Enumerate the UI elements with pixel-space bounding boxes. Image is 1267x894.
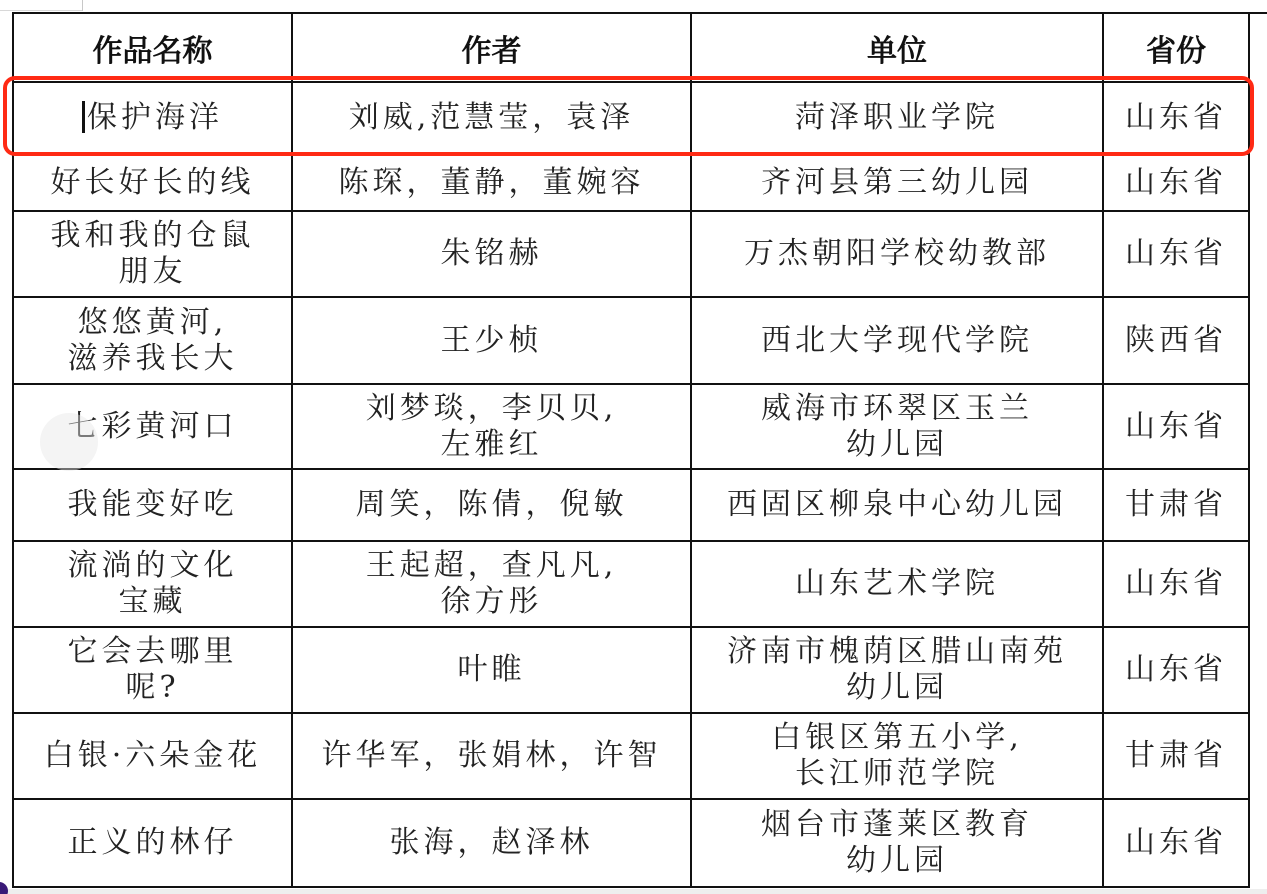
- cell-province[interactable]: 山东省: [1103, 799, 1249, 887]
- header-authors[interactable]: 作者: [292, 13, 691, 82]
- cell-title[interactable]: 悠悠黄河, 滋养我长大: [13, 297, 292, 384]
- cell-province[interactable]: 山东省: [1103, 82, 1249, 154]
- table-row: 它会去哪里 呢? 叶睢 济南市槐荫区腊山南苑 幼儿园 山东省: [13, 627, 1249, 713]
- cell-title[interactable]: 好长好长的线: [13, 154, 292, 211]
- cell-title[interactable]: 我能变好吃: [13, 469, 292, 541]
- header-unit[interactable]: 单位: [691, 13, 1103, 82]
- cell-title[interactable]: 它会去哪里 呢?: [13, 627, 292, 713]
- cell-title[interactable]: 保护海洋: [13, 82, 292, 154]
- cell-authors[interactable]: 周笑，陈倩，倪敏: [292, 469, 691, 541]
- cell-authors[interactable]: 刘梦琰，李贝贝, 左雅红: [292, 384, 691, 469]
- cell-authors[interactable]: 王起超，查凡凡, 徐方彤: [292, 541, 691, 627]
- cell-title[interactable]: 白银·六朵金花: [13, 713, 292, 799]
- cell-province[interactable]: 甘肃省: [1103, 713, 1249, 799]
- cell-authors[interactable]: 王少桢: [292, 297, 691, 384]
- cell-authors[interactable]: 叶睢: [292, 627, 691, 713]
- document-page: 作品名称 作者 单位 省份 保护海洋 刘威,范慧莹，袁泽 菏泽职业学院 山东省 …: [0, 0, 1267, 894]
- page-margin-marker: [82, 0, 83, 11]
- header-province[interactable]: 省份: [1103, 13, 1249, 82]
- header-title[interactable]: 作品名称: [13, 13, 292, 82]
- page-margin-marker: [0, 10, 82, 11]
- cell-unit[interactable]: 万杰朝阳学校幼教部: [691, 211, 1103, 297]
- cell-title[interactable]: 流淌的文化 宝藏: [13, 541, 292, 627]
- cell-authors[interactable]: 陈琛，董静，董婉容: [292, 154, 691, 211]
- cell-authors[interactable]: 张海，赵泽林: [292, 799, 691, 887]
- cell-province[interactable]: 山东省: [1103, 541, 1249, 627]
- cell-title[interactable]: 正义的林仔: [13, 799, 292, 887]
- floating-assistive-button[interactable]: [40, 413, 98, 471]
- cell-authors[interactable]: 许华军，张娟林，许智: [292, 713, 691, 799]
- cell-unit[interactable]: 菏泽职业学院: [691, 82, 1103, 154]
- cell-province[interactable]: 山东省: [1103, 627, 1249, 713]
- cell-unit[interactable]: 西固区柳泉中心幼儿园: [691, 469, 1103, 541]
- table-row: 悠悠黄河, 滋养我长大 王少桢 西北大学现代学院 陕西省: [13, 297, 1249, 384]
- cell-unit[interactable]: 威海市环翠区玉兰 幼儿园: [691, 384, 1103, 469]
- cell-unit[interactable]: 白银区第五小学, 长江师范学院: [691, 713, 1103, 799]
- cell-unit[interactable]: 济南市槐荫区腊山南苑 幼儿园: [691, 627, 1103, 713]
- table-row: 流淌的文化 宝藏 王起超，查凡凡, 徐方彤 山东艺术学院 山东省: [13, 541, 1249, 627]
- cell-unit[interactable]: 山东艺术学院: [691, 541, 1103, 627]
- table-row: 我和我的仓鼠 朋友 朱铭赫 万杰朝阳学校幼教部 山东省: [13, 211, 1249, 297]
- table-row: 白银·六朵金花 许华军，张娟林，许智 白银区第五小学, 长江师范学院 甘肃省: [13, 713, 1249, 799]
- table-row: 好长好长的线 陈琛，董静，董婉容 齐河县第三幼儿园 山东省: [13, 154, 1249, 211]
- table-border-extension: [1247, 12, 1267, 14]
- table-header-row: 作品名称 作者 单位 省份: [13, 13, 1249, 82]
- corner-overlay-icon: [0, 882, 8, 894]
- cell-title-text: 保护海洋: [87, 100, 223, 135]
- cell-province[interactable]: 陕西省: [1103, 297, 1249, 384]
- table-row: 七彩黄河口 刘梦琰，李贝贝, 左雅红 威海市环翠区玉兰 幼儿园 山东省: [13, 384, 1249, 469]
- table-row: 正义的林仔 张海，赵泽林 烟台市蓬莱区教育 幼儿园 山东省: [13, 799, 1249, 887]
- cell-unit[interactable]: 西北大学现代学院: [691, 297, 1103, 384]
- text-cursor: [82, 101, 85, 133]
- cell-unit[interactable]: 齐河县第三幼儿园: [691, 154, 1103, 211]
- cell-province[interactable]: 山东省: [1103, 154, 1249, 211]
- table-row: 我能变好吃 周笑，陈倩，倪敏 西固区柳泉中心幼儿园 甘肃省: [13, 469, 1249, 541]
- cell-province[interactable]: 山东省: [1103, 384, 1249, 469]
- cell-authors[interactable]: 朱铭赫: [292, 211, 691, 297]
- cell-unit[interactable]: 烟台市蓬莱区教育 幼儿园: [691, 799, 1103, 887]
- page-bottom-edge: [0, 889, 1267, 894]
- works-table: 作品名称 作者 单位 省份 保护海洋 刘威,范慧莹，袁泽 菏泽职业学院 山东省 …: [12, 12, 1250, 888]
- cell-province[interactable]: 山东省: [1103, 211, 1249, 297]
- cell-authors[interactable]: 刘威,范慧莹，袁泽: [292, 82, 691, 154]
- cell-province[interactable]: 甘肃省: [1103, 469, 1249, 541]
- cell-title[interactable]: 我和我的仓鼠 朋友: [13, 211, 292, 297]
- table-row: 保护海洋 刘威,范慧莹，袁泽 菏泽职业学院 山东省: [13, 82, 1249, 154]
